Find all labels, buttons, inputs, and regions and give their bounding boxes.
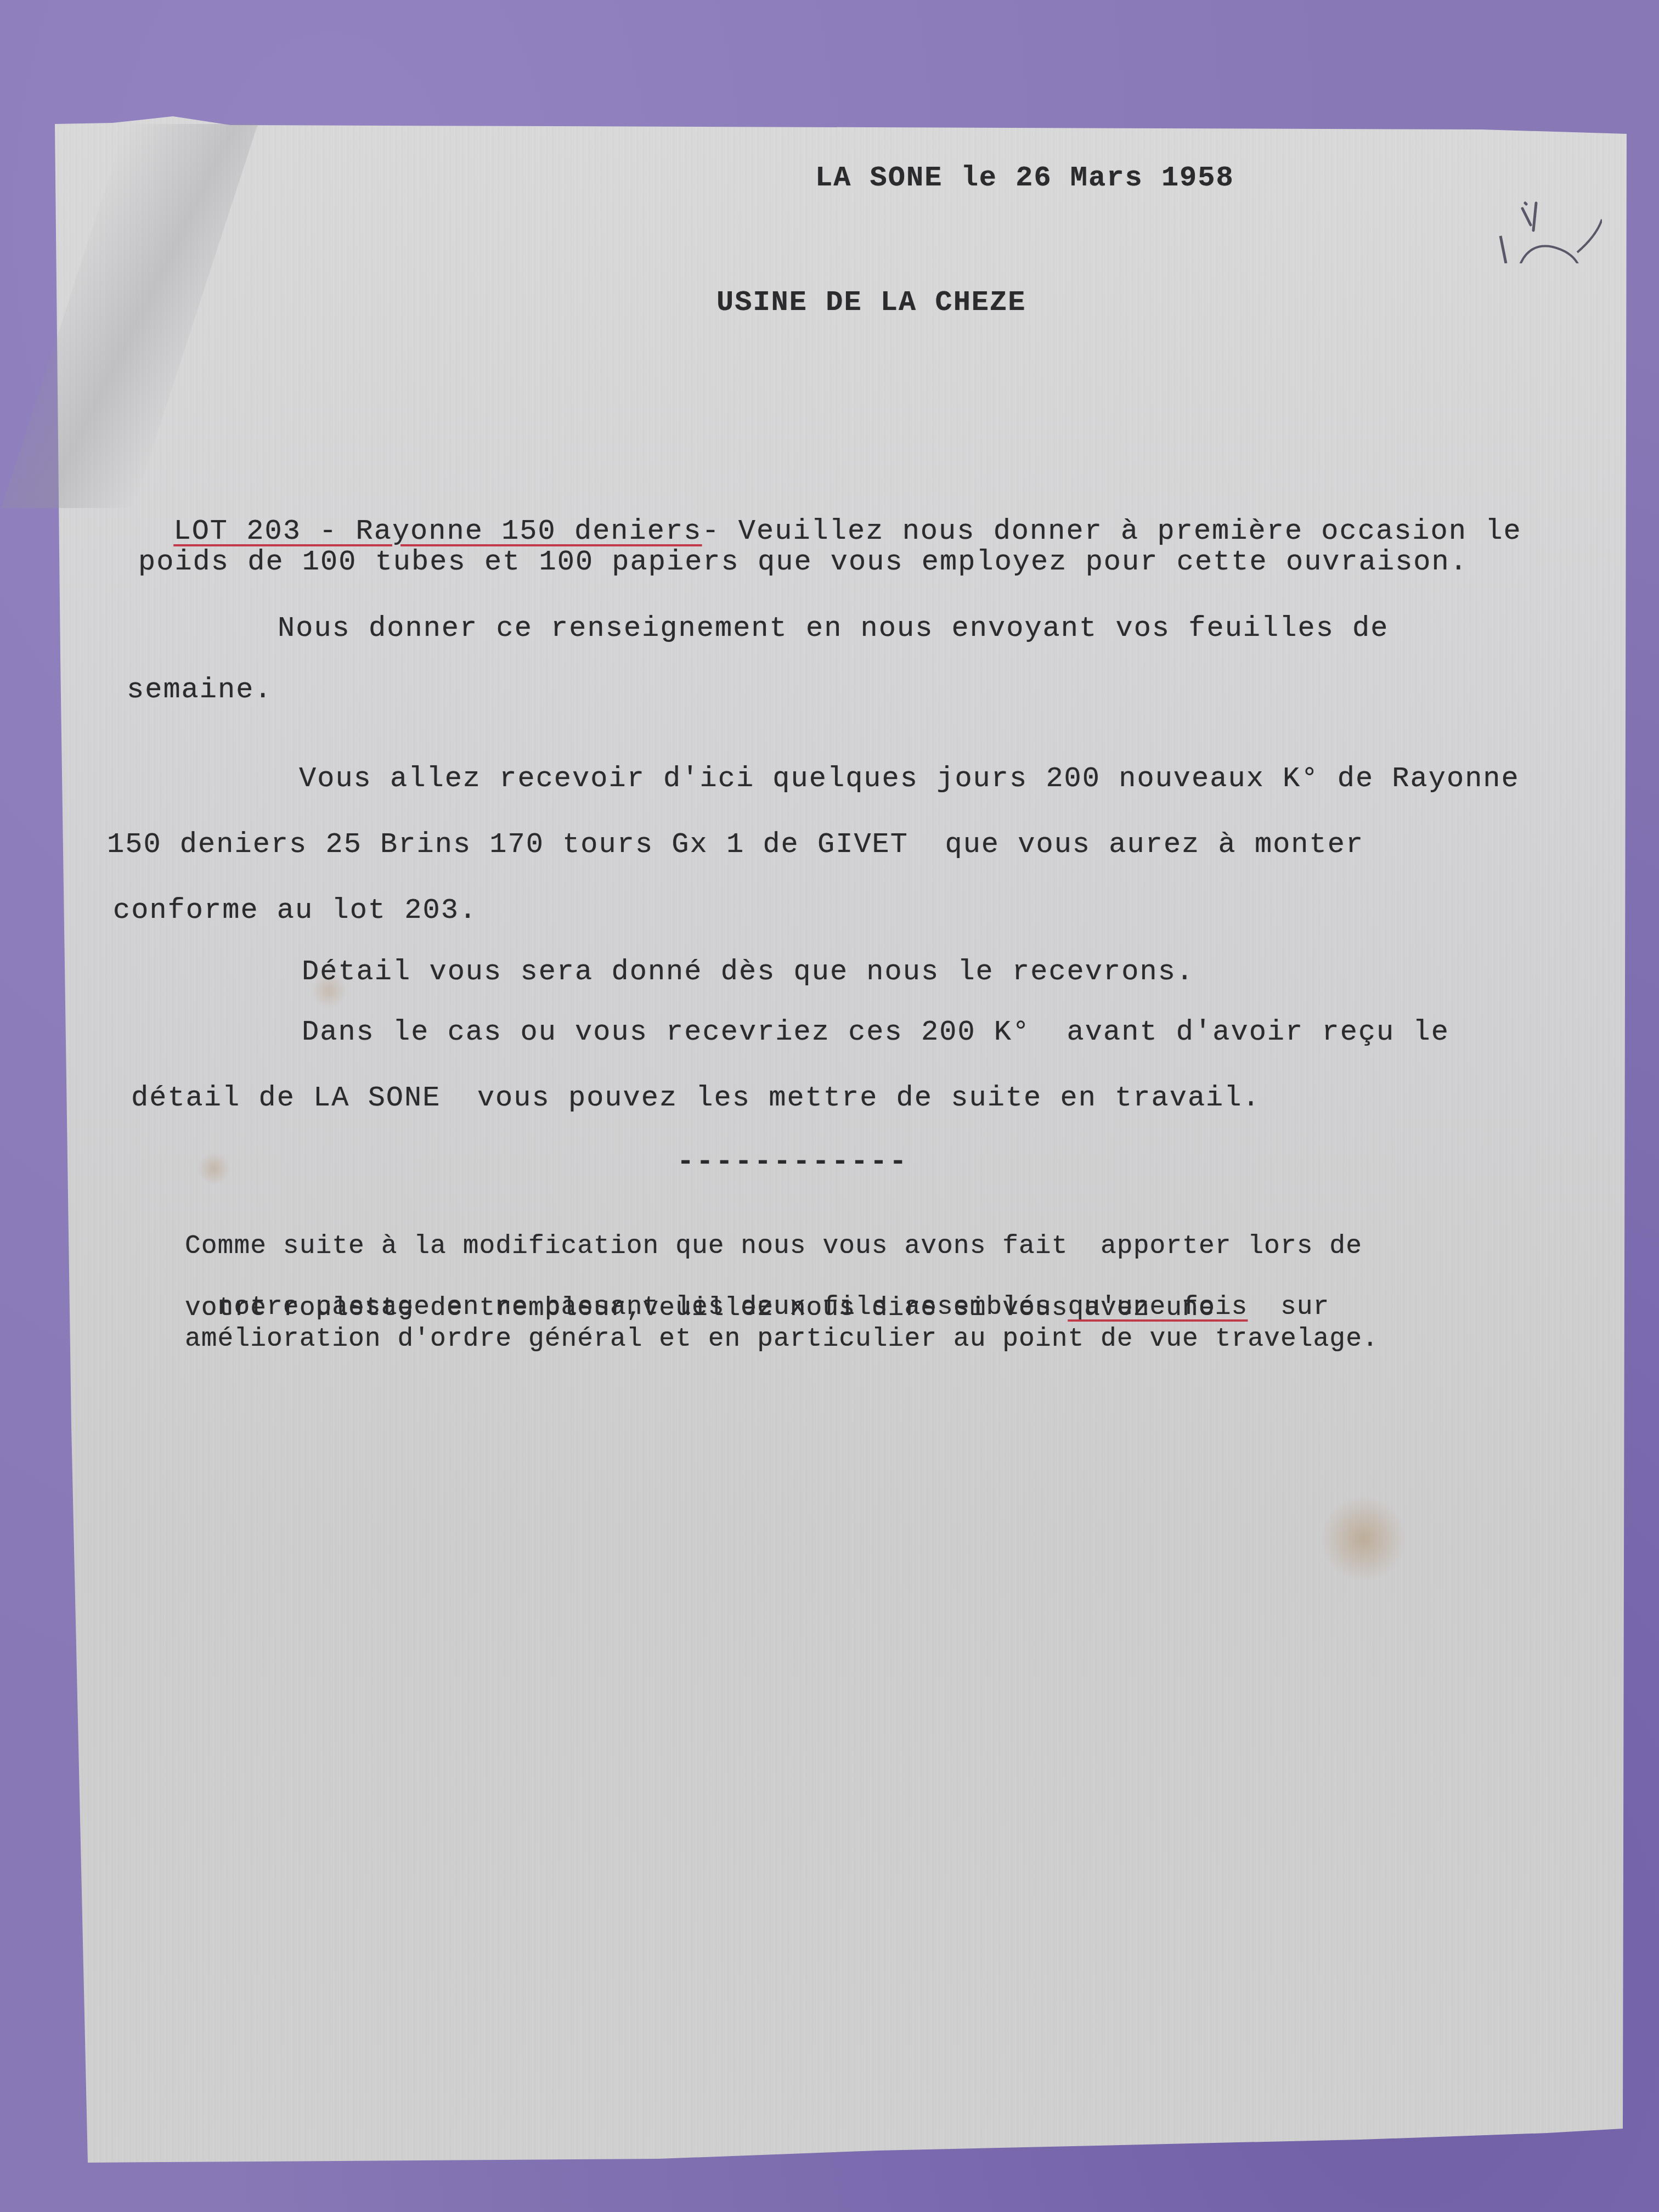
text-run: sur <box>1248 1293 1329 1322</box>
stain <box>198 1152 230 1185</box>
paragraph-3-line-1: Vous allez recevoir d'ici quelques jours… <box>299 763 1520 795</box>
postscript-line-1: Comme suite à la modification que nous v… <box>185 1232 1362 1261</box>
lot-reference: LOT 203 - Rayonne 150 deniers <box>173 515 702 548</box>
place-date: LA SONE le 26 Mars 1958 <box>815 162 1234 194</box>
paragraph-2-line-1: Nous donner ce renseignement en nous env… <box>278 612 1389 645</box>
paragraph-2-line-2: semaine. <box>127 674 273 706</box>
handwritten-pencil-mark <box>1492 165 1602 263</box>
paragraph-4-line-1: Détail vous sera donné dès que nous le r… <box>302 956 1194 988</box>
paragraph-5-line-2: détail de LA SONE vous pouvez les mettre… <box>131 1082 1261 1114</box>
paragraph-1-line-1: LOT 203 - Rayonne 150 deniers- Veuillez … <box>137 483 1522 548</box>
text-run: - Veuillez nous donner à première occasi… <box>702 515 1521 548</box>
stain <box>1322 1492 1404 1585</box>
paragraph-3-line-2: 150 deniers 25 Brins 170 tours Gx 1 de G… <box>107 828 1364 861</box>
recipient-heading: USINE DE LA CHEZE <box>716 286 1026 319</box>
paragraph-1-line-2: poids de 100 tubes et 100 papiers que vo… <box>138 546 1468 578</box>
section-divider: ------------ <box>677 1145 909 1178</box>
postscript-line-3: votre roulette de trembleur,veuillez nou… <box>185 1294 1215 1323</box>
postscript-line-4: amélioration d'ordre général et en parti… <box>185 1324 1379 1354</box>
paragraph-3-line-3: conforme au lot 203. <box>113 894 477 927</box>
paragraph-5-line-1: Dans le cas ou vous recevriez ces 200 K°… <box>302 1016 1449 1048</box>
